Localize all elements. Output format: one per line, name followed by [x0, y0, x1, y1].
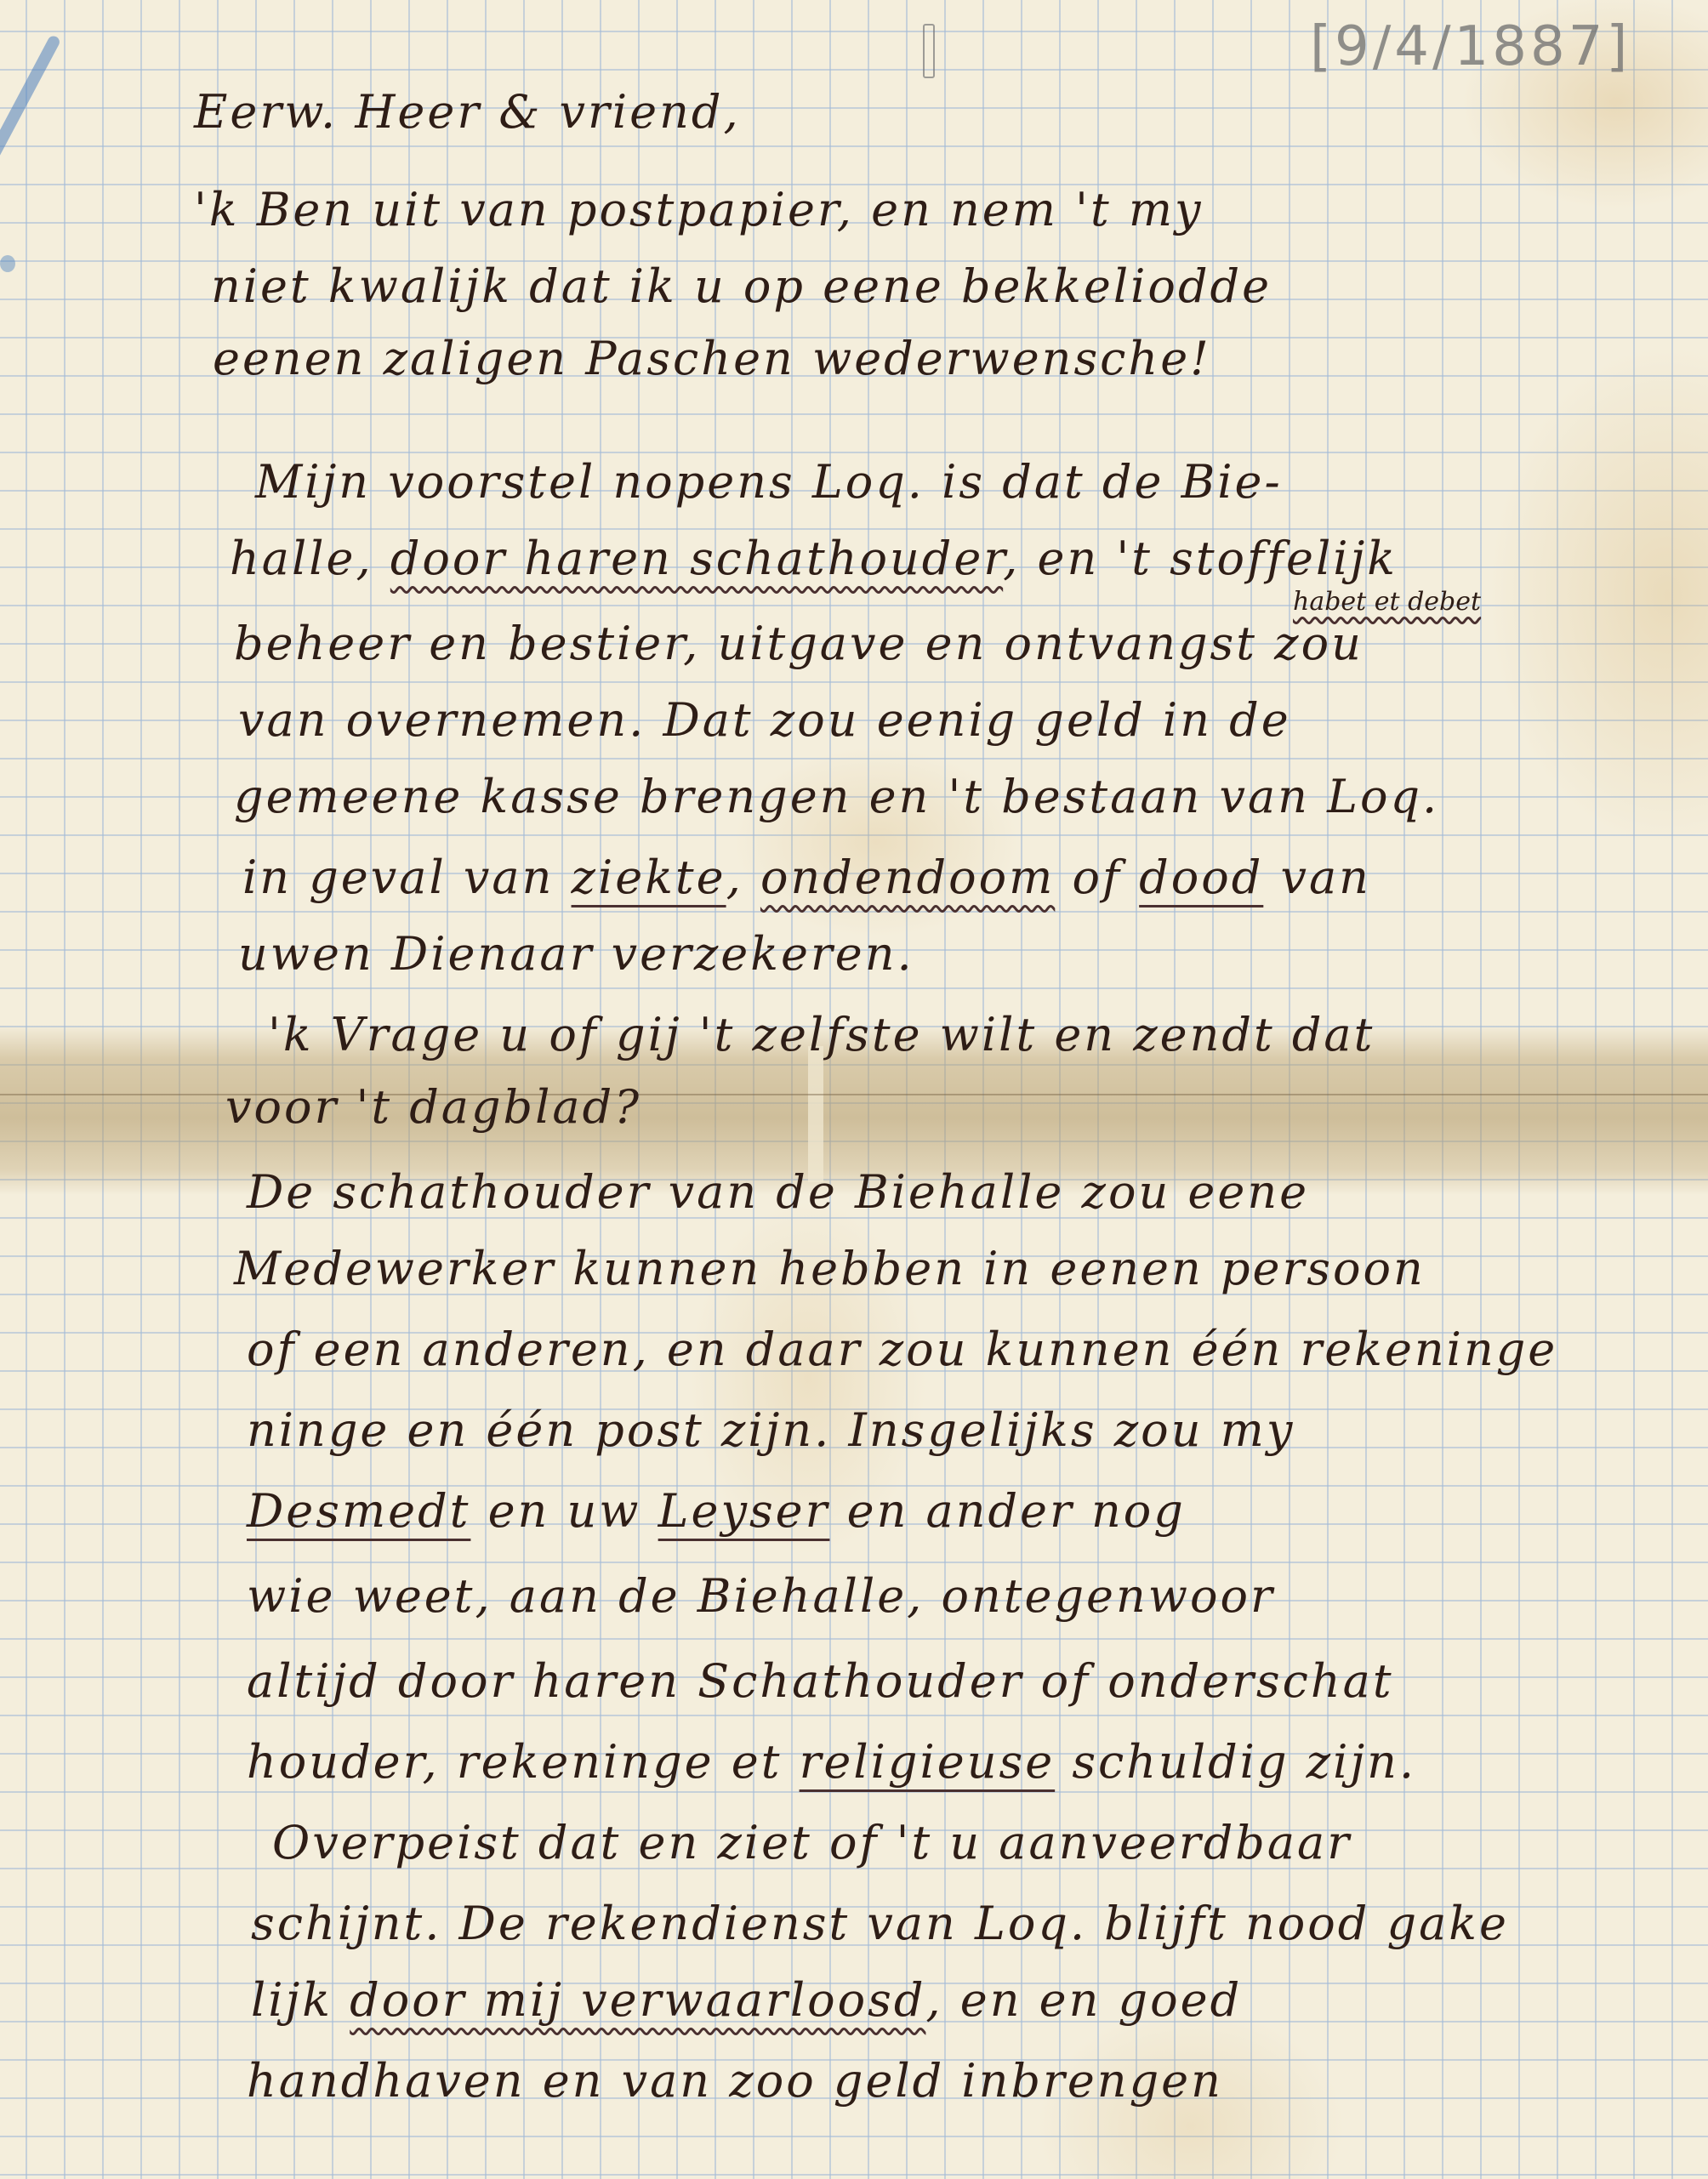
text-line: voor 't dagblad? [225, 1080, 641, 1134]
text-line: Medewerker kunnen hebben in eenen persoo… [234, 1242, 1426, 1295]
text-line: Overpeist dat en ziet of 't u aanveerdba… [272, 1816, 1352, 1869]
blue-pencil-mark-icon [0, 34, 61, 175]
underlined-word: religieuse [800, 1735, 1056, 1789]
text-segment: schuldig zijn. [1055, 1735, 1416, 1789]
text-line: 'k Ben uit van postpapier, en nem 't my [194, 183, 1204, 236]
underlined-phrase: door mij verwaarloosd [350, 1973, 925, 2027]
blue-pencil-dot-icon [0, 255, 15, 272]
text-segment: lijk [251, 1973, 350, 2027]
text-segment: en ander nog [829, 1484, 1185, 1538]
text-segment: halle, [230, 532, 390, 585]
text-line: Mijn voorstel nopens Loq. is dat de Bie- [255, 455, 1283, 509]
text-segment: , en en goed [925, 1973, 1242, 2027]
underlined-word: ondendoom [760, 851, 1055, 904]
underlined-name: Leyser [658, 1484, 830, 1538]
letter-page: [9/4/1887] Eerw. Heer & vriend, 'k Ben u… [0, 0, 1708, 2179]
text-line: beheer en bestier, uitgave en ontvangst … [234, 617, 1364, 670]
text-line: lijk door mij verwaarloosd, en en goed [251, 1973, 1242, 2027]
stain-gap [808, 1046, 823, 1182]
text-segment: , [726, 851, 760, 904]
text-line: of een anderen, en daar zou kunnen één r… [247, 1323, 1557, 1376]
salutation: Eerw. Heer & vriend, [194, 85, 741, 139]
text-line: 'k Vrage u of gij 't zelfste wilt en zen… [268, 1008, 1375, 1061]
text-line: gemeene kasse brengen en 't bestaan van … [234, 770, 1439, 823]
text-line: wie weet, aan de Biehalle, ontegenwoor [247, 1569, 1275, 1623]
text-line: ninge en één post zijn. Insgelijks zou m… [247, 1403, 1295, 1457]
text-segment: en uw [470, 1484, 658, 1538]
archive-date: [9/4/1887] [1310, 15, 1631, 78]
text-segment: in geval van [242, 851, 572, 904]
text-line: Desmedt en uw Leyser en ander nog [247, 1484, 1186, 1538]
underlined-word: dood [1139, 851, 1263, 904]
text-line: De schathouder van de Biehalle zou eene [247, 1165, 1309, 1219]
margin-annotation: habet et debet [1293, 587, 1481, 617]
text-line: schijnt. De rekendienst van Loq. blijft … [251, 1897, 1509, 1950]
text-line: in geval van ziekte, ondendoom of dood v… [242, 851, 1371, 904]
text-segment: houder, rekeninge et [247, 1735, 800, 1789]
text-segment: van [1263, 851, 1371, 904]
underlined-word: ziekte [572, 851, 726, 904]
text-line: handhaven en van zoo geld inbrengen [247, 2054, 1223, 2108]
underlined-phrase: door haren schathouder [390, 532, 1003, 585]
underlined-name: Desmedt [247, 1484, 470, 1538]
text-line: halle, door haren schathouder, en 't sto… [230, 532, 1398, 585]
text-segment: , en 't stoffelijk [1003, 532, 1398, 585]
text-line: houder, rekeninge et religieuse schuldig… [247, 1735, 1416, 1789]
text-line: eenen zaligen Paschen wederwensche! [213, 332, 1211, 385]
text-line: altijd door haren Schathouder of ondersc… [247, 1654, 1394, 1708]
text-line: niet kwalijk dat ik u op eene bekkeliodd… [211, 259, 1272, 313]
text-line: uwen Dienaar verzekeren. [238, 927, 914, 981]
text-line: van overnemen. Dat zou eenig geld in de [238, 693, 1291, 747]
pencil-tick-icon [923, 24, 935, 78]
text-segment: of [1055, 851, 1139, 904]
